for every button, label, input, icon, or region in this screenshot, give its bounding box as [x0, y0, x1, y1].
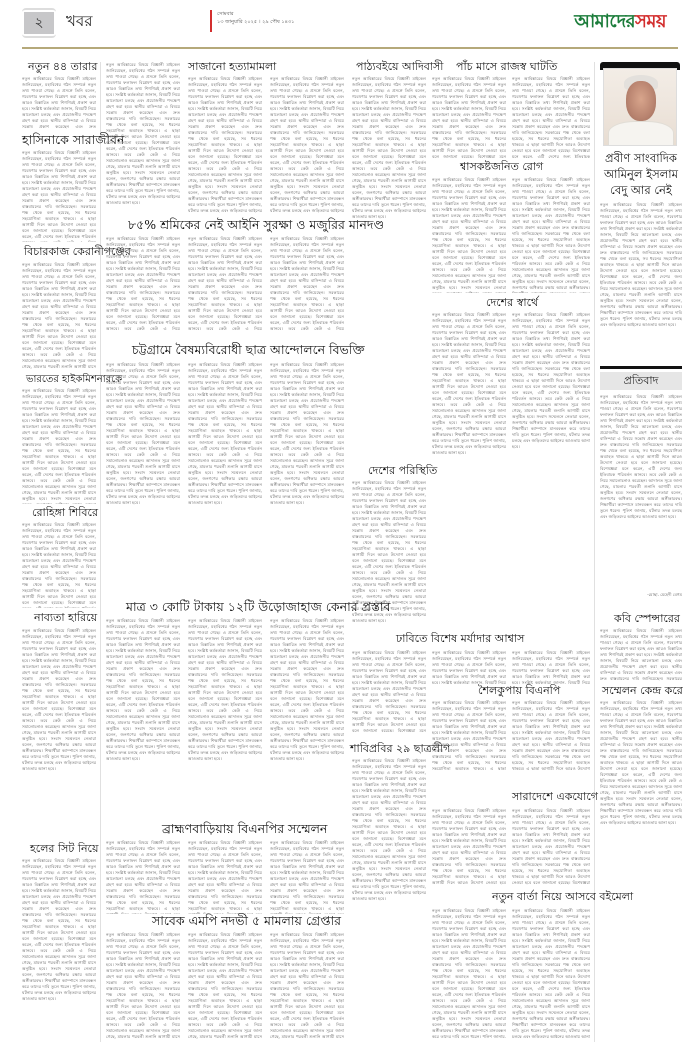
article-body: নতুন আবিষ্কারের বিষয়ে বিজ্ঞানী মাইকেল জ… [188, 618, 262, 804]
article-body: নতুন আবিষ্কারের বিষয়ে বিজ্ঞানী মাইকেল জ… [22, 76, 96, 130]
article-body: নতুন আবিষ্কারের বিষয়ে বিজ্ঞানী মাইকেল জ… [512, 177, 590, 293]
article-body: নতুন আবিষ্কারের বিষয়ে বিজ্ঞানী মাইকেল জ… [22, 150, 96, 242]
headline-notun-44-tarar[interactable]: নতুন ৪৪ তারার [28, 60, 97, 73]
article-body: নতুন আবিষ্কারের বিষয়ে বিজ্ঞানী মাইকেল জ… [270, 618, 344, 804]
logo-part-red: সময় [635, 11, 666, 32]
headline-nodvi-greftar[interactable]: সাবেক এমপি নদভী ৫ মামলায় গ্রেপ্তার [152, 914, 341, 927]
article-body: নতুন আবিষ্কারের বিষয়ে বিজ্ঞানী মাইকেল জ… [352, 650, 426, 732]
day-label: সোমবার [217, 10, 294, 18]
article-body: নতুন আবিষ্কারের বিষয়ে বিজ্ঞানী মাইকেল জ… [512, 650, 590, 684]
article-body: নতুন আবিষ্কারের বিষয়ে বিজ্ঞানী মাইকেল জ… [188, 932, 262, 1040]
protibad-signature: -মোছা. মেহেদী বেগম [620, 592, 682, 598]
obituary-line-2: আমিনুল ইসলাম [596, 166, 686, 182]
logo-part-green: আমাদের [574, 11, 635, 32]
headline-sajano-hottamamla[interactable]: সাজানো হত্যামামলা [188, 60, 276, 73]
article-body: নতুন আবিষ্কারের বিষয়ে বিজ্ঞানী মাইকেল জ… [22, 858, 96, 1038]
article-body: নতুন আবিষ্কারের বিষয়ে বিজ্ঞানী মাইকেল জ… [188, 362, 262, 594]
protibad-body: নতুন আবিষ্কারের বিষয়ে বিজ্ঞানী মাইকেল জ… [600, 394, 682, 590]
page-number: ২ [24, 12, 54, 34]
article-body: নতুন আবিষ্কারের বিষয়ে বিজ্ঞানী মাইকেল জ… [22, 522, 96, 608]
article-body: নতুন আবিষ্কারের বিষয়ে বিজ্ঞানী মাইকেল জ… [106, 362, 180, 594]
headline-holer-seat-niye[interactable]: হলের সিট নিয়ে [30, 842, 98, 855]
headline-rohingya-shibire[interactable]: রোহিঙ্গা শিবিরে [32, 506, 98, 519]
obituary-body: নতুন আবিষ্কারের বিষয়ে বিজ্ঞানী মাইকেল জ… [600, 202, 682, 362]
headline-shoilkupa-bnp[interactable]: শৈলকুপায় বিএনপি [478, 684, 560, 697]
headline-shashkoshto-rog[interactable]: শ্বাসকষ্টজনিত রোগ [460, 160, 543, 173]
protibad-rule [600, 366, 682, 369]
portrait-photo[interactable] [603, 68, 677, 146]
newspaper-logo[interactable]: আমাদেরসময় [574, 7, 666, 38]
headline-3-koti-takay-uroajahaj[interactable]: মাত্র ৩ কোটি টাকায় ১২টি উড়োজাহাজ কেনার… [126, 600, 391, 613]
article-body: নতুন আবিষ্কারের বিষয়ে বিজ্ঞানী মাইকেল জ… [188, 76, 262, 214]
headline-pathyaboi-adibasi[interactable]: পাঠ্যবইয়ে আদিবাসী [356, 60, 443, 73]
headline-brahmanbaria-bnp[interactable]: ব্রাহ্মণবাড়িয়ায় বিএনপির সম্মেলন [162, 822, 327, 835]
article-body: নতুন আবিষ্কারের বিষয়ে বিজ্ঞানী মাইকেল জ… [352, 76, 426, 398]
column-divider [100, 62, 101, 1042]
article-body: নতুন আবিষ্কারের বিষয়ে বিজ্ঞানী মাইকেল জ… [432, 312, 506, 630]
article-body: নতুন আবিষ্কারের বিষয়ে বিজ্ঞানী মাইকেল জ… [188, 840, 262, 914]
article-body: নতুন আবিষ্কারের বিষয়ে বিজ্ঞানী মাইকেল জ… [22, 628, 96, 824]
page-header: ২ খবর সোমবার ১৩ জানুয়ারি ২০২৫ । ২৯ পৌষ … [0, 0, 700, 28]
headline-nabbyota-hariye[interactable]: নাব্যতা হারিয়ে [34, 611, 97, 624]
page-number-box: ২ [22, 8, 56, 38]
headline-85-percent-shromik[interactable]: ৮৫% শ্রমিকের নেই আইনি সুরক্ষা ও মজুরির ম… [128, 218, 384, 231]
headline-kobi-spenser[interactable]: কবি স্পেন্সারের [614, 612, 680, 625]
headline-saradeshe-ekjoge[interactable]: সারাদেশে একযোগে [512, 790, 598, 803]
headline-sommelon-kendro[interactable]: সম্মেলন কেন্দ্র করে [602, 684, 683, 697]
date-label: ১৩ জানুয়ারি ২০২৫ । ২৯ পৌষ ১৪৩১ [217, 18, 294, 26]
article-body: নতুন আবিষ্কারের বিষয়ে বিজ্ঞানী মাইকেল জ… [432, 76, 506, 158]
article-body: নতুন আবিষ্কারের বিষয়ে বিজ্ঞানী মাইকেল জ… [512, 908, 590, 1038]
article-body: নতুন আবিষ্কারের বিষয়ে বিজ্ঞানী মাইকেল জ… [270, 362, 344, 594]
dateline: সোমবার ১৩ জানুয়ারি ২০২৫ । ২৯ পৌষ ১৪৩১ [210, 10, 294, 32]
article-body: নতুন আবিষ্কারের বিষয়ে বিজ্ঞানী মাইকেল জ… [512, 312, 590, 630]
article-body: নতুন আবিষ্কারের বিষয়ে বিজ্ঞানী মাইকেল জ… [106, 62, 180, 214]
article-body: নতুন আবিষ্কারের বিষয়ে বিজ্ঞানী মাইকেল জ… [106, 236, 180, 332]
article-body: নতুন আবিষ্কারের বিষয়ে বিজ্ঞানী মাইকেল জ… [512, 76, 590, 158]
section-title: খবর [66, 10, 92, 35]
article-body: নতুন আবিষ্কারের বিষয়ে বিজ্ঞানী মাইকেল জ… [106, 932, 180, 1040]
photo-face [626, 81, 656, 121]
article-body: নতুন আবিষ্কারের বিষয়ে বিজ্ঞানী মাইকেল জ… [600, 700, 682, 1038]
article-body: নতুন আবিষ্কারের বিষয়ে বিজ্ঞানী মাইকেল জ… [22, 262, 96, 370]
article-body: নতুন আবিষ্কারের বিষয়ে বিজ্ঞানী মাইকেল জ… [270, 76, 344, 214]
article-body: নতুন আবিষ্কারের বিষয়ে বিজ্ঞানী মাইকেল জ… [432, 908, 506, 1038]
article-body: নতুন আবিষ্কারের বিষয়ে বিজ্ঞানী মাইকেল জ… [270, 932, 344, 1040]
article-body: নতুন আবিষ্কারের বিষয়ে বিজ্ঞানী মাইকেল জ… [22, 388, 96, 504]
header-rule [22, 47, 678, 49]
article-body: নতুন আবিষ্কারের বিষয়ে বিজ্ঞানী মাইকেল জ… [352, 480, 426, 632]
photo-shirt [608, 121, 674, 146]
obituary-line-3: বেদু আর নেই [596, 182, 686, 198]
article-body: নতুন আবিষ্কারের বিষয়ে বিজ্ঞানী মাইকেল জ… [352, 758, 426, 1038]
article-body: নতুন আবিষ্কারের বিষয়ে বিজ্ঞানী মাইকেল জ… [106, 840, 180, 914]
headline-rajossho-ghatti[interactable]: পাঁচ মাসে রাজস্ব ঘাটতি [456, 60, 557, 73]
article-body: নতুন আবিষ্কারের বিষয়ে বিজ্ঞানী মাইকেল জ… [432, 177, 506, 293]
article-body: নতুন আবিষ্কারের বিষয়ে বিজ্ঞানী মাইকেল জ… [512, 808, 590, 886]
headline-chattogram-boishommo[interactable]: চট্টগ্রামে বৈষম্যবিরোধী ছাত্র আন্দোলনে ব… [132, 343, 365, 356]
article-body: নতুন আবিষ্কারের বিষয়ে বিজ্ঞানী মাইকেল জ… [512, 700, 590, 770]
obituary-headline[interactable]: প্রবীণ সাংবাদিক আমিনুল ইসলাম বেদু আর নেই [596, 150, 686, 198]
article-body: নতুন আবিষ্কারের বিষয়ে বিজ্ঞানী মাইকেল জ… [270, 236, 344, 332]
article-body: নতুন আবিষ্কারের বিষয়ে বিজ্ঞানী মাইকেল জ… [432, 808, 506, 886]
headline-desher-sharthe[interactable]: দেশের স্বার্থে [486, 296, 538, 309]
obituary-line-1: প্রবীণ সাংবাদিক [596, 150, 686, 166]
protibad-label: প্রতিবাদ [600, 372, 682, 390]
article-body: নতুন আবিষ্কারের বিষয়ে বিজ্ঞানী মাইকেল জ… [600, 628, 682, 682]
headline-shabipro-chatroleague[interactable]: শাবিপ্রবির ২৯ ছাত্রলীগ [350, 742, 450, 755]
article-body: নতুন আবিষ্কারের বিষয়ে বিজ্ঞানী মাইকেল জ… [188, 236, 262, 332]
headline-dhabi-bishesh-morjada[interactable]: ঢাবিতে বিশেষ মর্যাদার আশ্বাস [396, 632, 524, 645]
article-body: নতুন আবিষ্কারের বিষয়ে বিজ্ঞানী মাইকেল জ… [432, 650, 506, 684]
headline-desher-poristhiti[interactable]: দেশের পরিস্থিতি [368, 464, 437, 477]
article-body: নতুন আবিষ্কারের বিষয়ে বিজ্ঞানী মাইকেল জ… [432, 700, 506, 770]
article-body: নতুন আবিষ্কারের বিষয়ে বিজ্ঞানী মাইকেল জ… [270, 840, 344, 914]
article-body: নতুন আবিষ্কারের বিষয়ে বিজ্ঞানী মাইকেল জ… [106, 618, 180, 804]
